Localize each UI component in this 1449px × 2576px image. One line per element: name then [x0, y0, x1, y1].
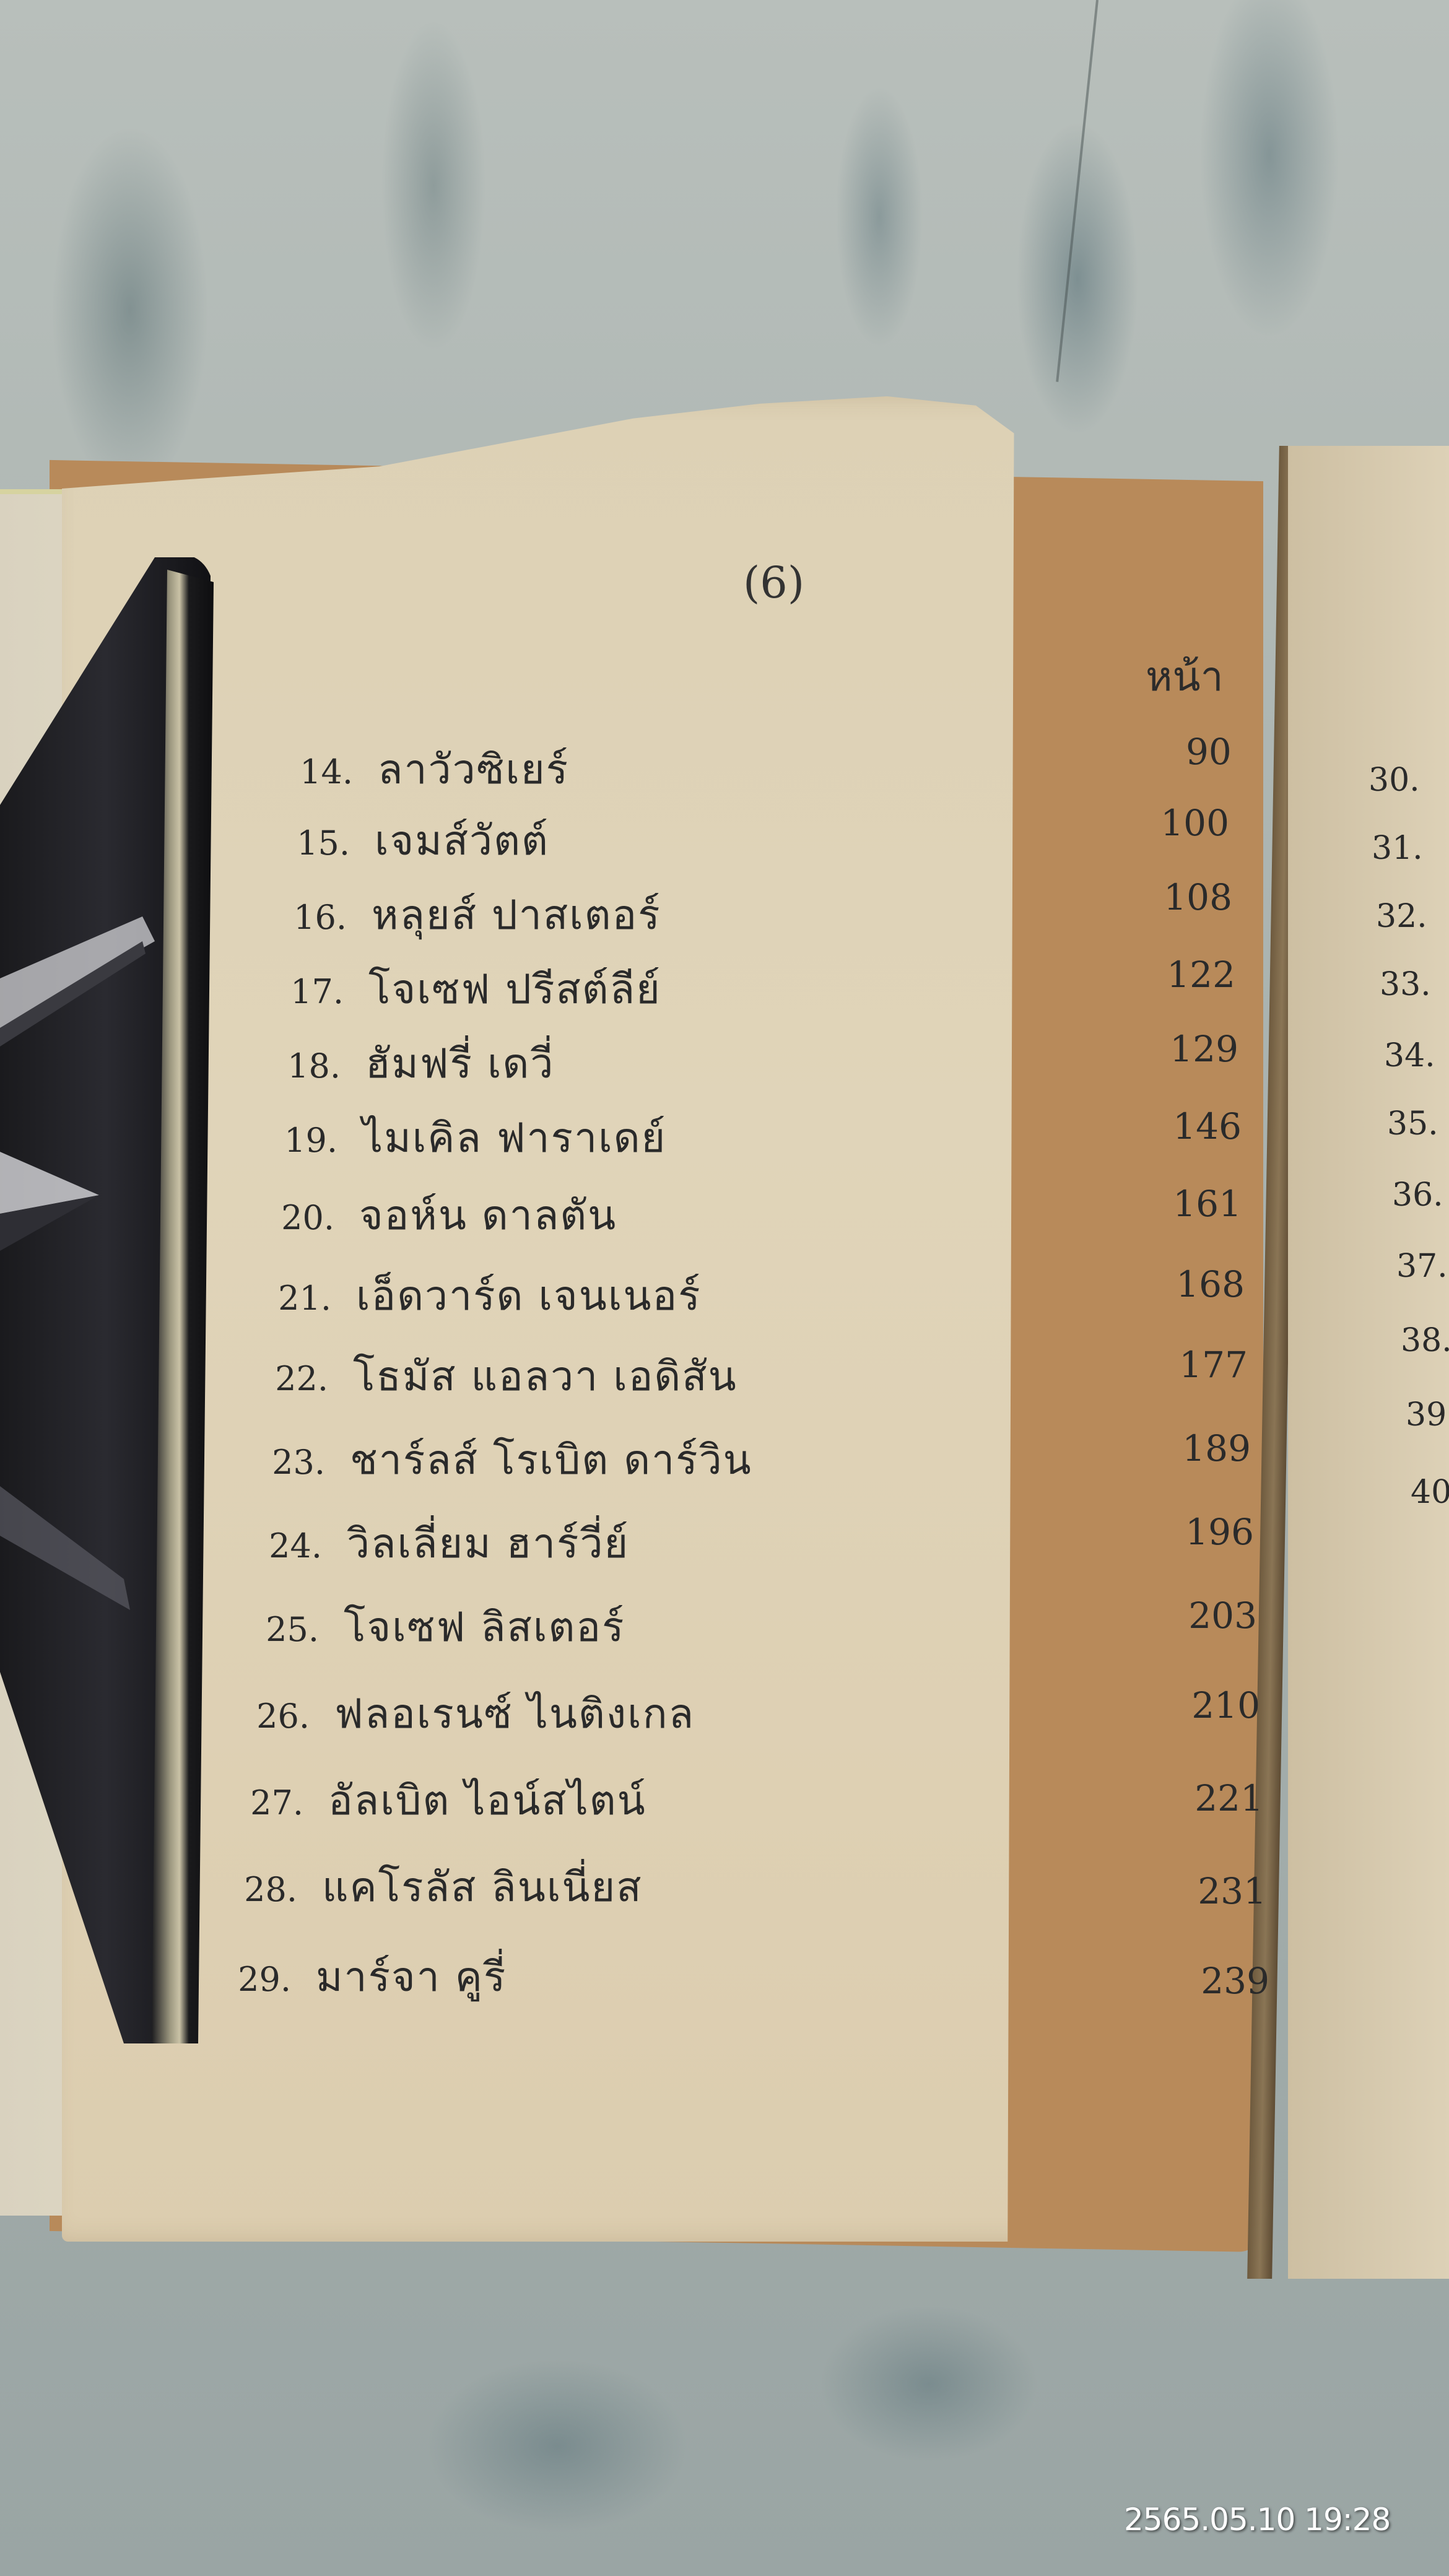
toc-entry-name: อัลเบิต ไอน์สไตน์ [328, 1768, 646, 1833]
toc-page-ref: 108 [1133, 876, 1232, 918]
photo-timestamp: 2565.05.10 19:28 [1124, 2502, 1390, 2538]
toc-page-ref: 146 [1142, 1105, 1242, 1147]
toc-entry-name: โธมัส แอลวา เอดิสัน [353, 1344, 738, 1409]
toc-entry: 19. ไมเคิล ฟาราเดย์ [245, 1105, 666, 1167]
toc-page-ref: 189 [1152, 1427, 1251, 1469]
right-page-entry-number: 40 [1411, 1474, 1449, 1511]
toc-page-ref: 100 [1130, 802, 1229, 844]
toc-entry-name: โจเซฟ ปรีสต์ลีย์ [368, 957, 661, 1022]
toc-entry-name: มาร์จา คูรี่ [316, 1944, 507, 2009]
toc-entry: 15. เจมส์วัตต์ [257, 808, 549, 870]
toc-entry: 22. โธมัส แอลวา เอดิสัน [235, 1344, 738, 1406]
toc-entry: 20. จอห์น ดาลตัน [241, 1183, 617, 1245]
toc-page-ref: 129 [1139, 1028, 1238, 1070]
first-page-reference: 90 [1186, 731, 1232, 773]
right-page-entry-number: 37. [1396, 1248, 1448, 1285]
toc-entry: 25. โจเซฟ ลิสเตอร์ [226, 1595, 625, 1656]
right-page-entry-number: 35. [1387, 1105, 1438, 1142]
right-page-entry-number: 32. [1376, 898, 1427, 935]
toc-entry-name: ชาร์ลส์ โรเบิต ดาร์วิน [350, 1427, 752, 1492]
book-right-page [1288, 446, 1449, 2279]
page-number: (6) [743, 557, 804, 608]
page-column-header: หน้า [1146, 644, 1224, 709]
toc-entry-name: โจเซฟ ลิสเตอร์ [344, 1595, 625, 1660]
toc-entry-name: จอห์น ดาลตัน [359, 1183, 617, 1248]
toc-entry: 16. หลุยส์ ปาสเตอร์ [254, 882, 661, 944]
toc-entry-name: แคโรลัส ลินเนี่ยส [322, 1855, 643, 1920]
right-page-entry-number: 33. [1380, 966, 1431, 1003]
toc-entry: 18. ฮัมฟรี่ เดวี่ [248, 1031, 554, 1093]
toc-page-ref: 168 [1146, 1263, 1245, 1305]
toc-entry: 24. วิลเลี่ยม ฮาร์วี่ย์ [229, 1511, 629, 1573]
toc-entry-name: ฟลอเรนซ์ ไนติงเกล [334, 1681, 695, 1746]
toc-entry: 17. โจเซฟ ปรีสต์ลีย์ [251, 957, 661, 1019]
right-page-entry-number: 39 [1406, 1396, 1447, 1434]
toc-entry-name: เจมส์วัตต์ [375, 808, 549, 873]
toc-page-ref: 177 [1149, 1344, 1248, 1386]
toc-entry-name: วิลเลี่ยม ฮาร์วี่ย์ [347, 1511, 629, 1576]
right-page-entry-number: 30. [1368, 762, 1420, 799]
toc-page-ref: 231 [1167, 1870, 1266, 1912]
toc-page-ref: 221 [1164, 1777, 1263, 1819]
toc-page-ref: 210 [1161, 1684, 1260, 1726]
toc-entry: 23. ชาร์ลส์ โรเบิต ดาร์วิน [232, 1427, 752, 1489]
toc-entry: 26. ฟลอเรนซ์ ไนติงเกล [217, 1681, 695, 1743]
toc-entry-name: หลุยส์ ปาสเตอร์ [372, 882, 661, 947]
metal-binder-clip [0, 557, 279, 2043]
toc-page-ref: 122 [1136, 954, 1235, 996]
toc-entry: 21. เอ็ดวาร์ด เจนเนอร์ [238, 1263, 702, 1325]
toc-entry-name: เอ็ดวาร์ด เจนเนอร์ [356, 1263, 702, 1328]
toc-entry-name: ไมเคิล ฟาราเดย์ [362, 1105, 666, 1170]
toc-entry: 14. ลาวัวซิเยร์ [260, 737, 569, 799]
right-page-entry-number: 36. [1392, 1177, 1443, 1214]
right-page-entry-number: 31. [1372, 830, 1423, 867]
toc-page-ref: 196 [1155, 1511, 1254, 1553]
toc-page-ref: 239 [1170, 1960, 1269, 2002]
toc-entry-name: ลาวัวซิเยร์ [378, 737, 569, 802]
toc-page-ref: 161 [1142, 1183, 1242, 1225]
toc-entry-name: ฮัมฟรี่ เดวี่ [365, 1031, 554, 1096]
toc-page-ref: 203 [1158, 1595, 1257, 1637]
right-page-entry-number: 34. [1384, 1037, 1435, 1074]
right-page-entry-number: 38. [1401, 1322, 1449, 1359]
